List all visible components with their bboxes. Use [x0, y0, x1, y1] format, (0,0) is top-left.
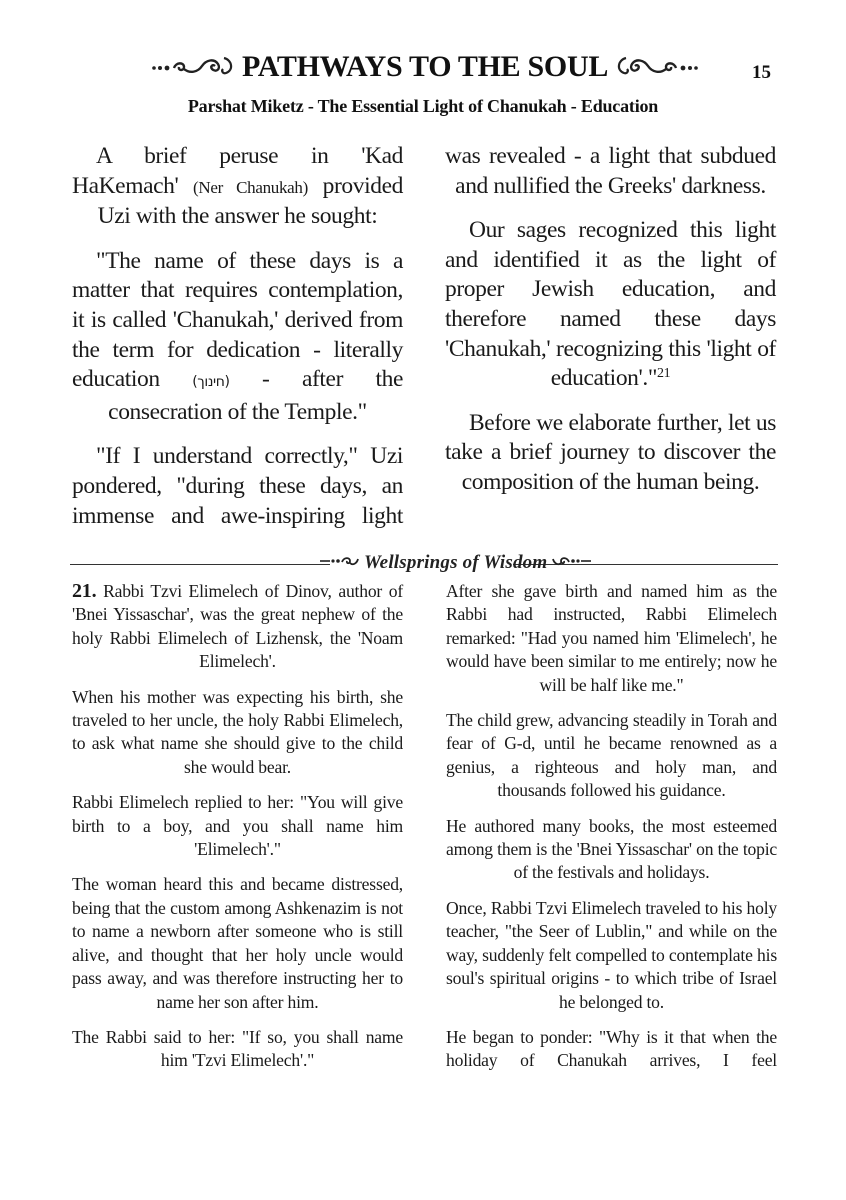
footnote-left-column: 21. Rabbi Tzvi Elimelech of Dinov, autho…	[72, 580, 403, 1085]
main-paragraph: was revealed - a light that subdued and …	[445, 142, 776, 201]
flourish-right-icon	[551, 553, 591, 574]
main-paragraph: Before we elaborate further, let us take…	[445, 409, 776, 498]
footnote-paragraph: 21. Rabbi Tzvi Elimelech of Dinov, autho…	[72, 580, 403, 674]
flourish-left-icon	[320, 553, 360, 574]
running-header: PATHWAYS TO THE SOUL 15	[0, 50, 846, 90]
footnote-paragraph: The Rabbi said to her: "If so, you shall…	[72, 1026, 403, 1073]
footnote-paragraph: The child grew, advancing steadily in To…	[446, 709, 777, 803]
footnote-reference[interactable]: 21	[657, 366, 670, 381]
main-text-left-column: A brief peruse in 'Kad HaKemach' (Ner Ch…	[72, 142, 403, 546]
hebrew-term: (חינוך)	[192, 374, 229, 390]
book-page: PATHWAYS TO THE SOUL 15 Parshat Miketz -…	[0, 0, 846, 1200]
main-paragraph: A brief peruse in 'Kad HaKemach' (Ner Ch…	[72, 142, 403, 232]
header-title-group: PATHWAYS TO THE SOUL	[135, 50, 715, 84]
footnote-paragraph: He authored many books, the most esteeme…	[446, 815, 777, 885]
divider-title-group: Wellsprings of Wisdom	[320, 552, 535, 574]
parenthetical-note: (Ner Chanukah)	[193, 178, 308, 197]
text-run: Rabbi Tzvi Elimelech of Dinov, author of…	[72, 581, 403, 671]
main-paragraph: Our sages recognized this light and iden…	[445, 216, 776, 394]
footnote-section-title: Wellsprings of Wisdom	[364, 552, 547, 573]
main-text-right-column: was revealed - a light that subdued and …	[445, 142, 776, 513]
flourish-right-icon	[612, 54, 700, 81]
page-number: 15	[752, 62, 771, 84]
footnote-paragraph: Rabbi Elimelech replied to her: "You wil…	[72, 791, 403, 861]
divider-rule-left	[70, 564, 330, 565]
footnote-paragraph: Once, Rabbi Tzvi Elimelech traveled to h…	[446, 897, 777, 1014]
book-title: PATHWAYS TO THE SOUL	[242, 50, 608, 83]
footnote-paragraph: He began to ponder: "Why is it that when…	[446, 1026, 777, 1073]
main-paragraph: "The name of these days is a matter that…	[72, 247, 403, 428]
chapter-subtitle: Parshat Miketz - The Essential Light of …	[0, 96, 846, 117]
footnote-right-column: After she gave birth and named him as th…	[446, 580, 777, 1085]
footnote-paragraph: The woman heard this and became distress…	[72, 873, 403, 1013]
footnote-number: 21.	[72, 580, 96, 602]
text-run: Our sages recognized this light and iden…	[445, 217, 776, 391]
footnote-paragraph: When his mother was expecting his birth,…	[72, 686, 403, 780]
flourish-left-icon	[150, 54, 238, 81]
main-paragraph: "If I understand correctly," Uzi pondere…	[72, 442, 403, 531]
footnote-paragraph: After she gave birth and named him as th…	[446, 580, 777, 697]
footnote-divider: Wellsprings of Wisdom	[70, 552, 778, 578]
